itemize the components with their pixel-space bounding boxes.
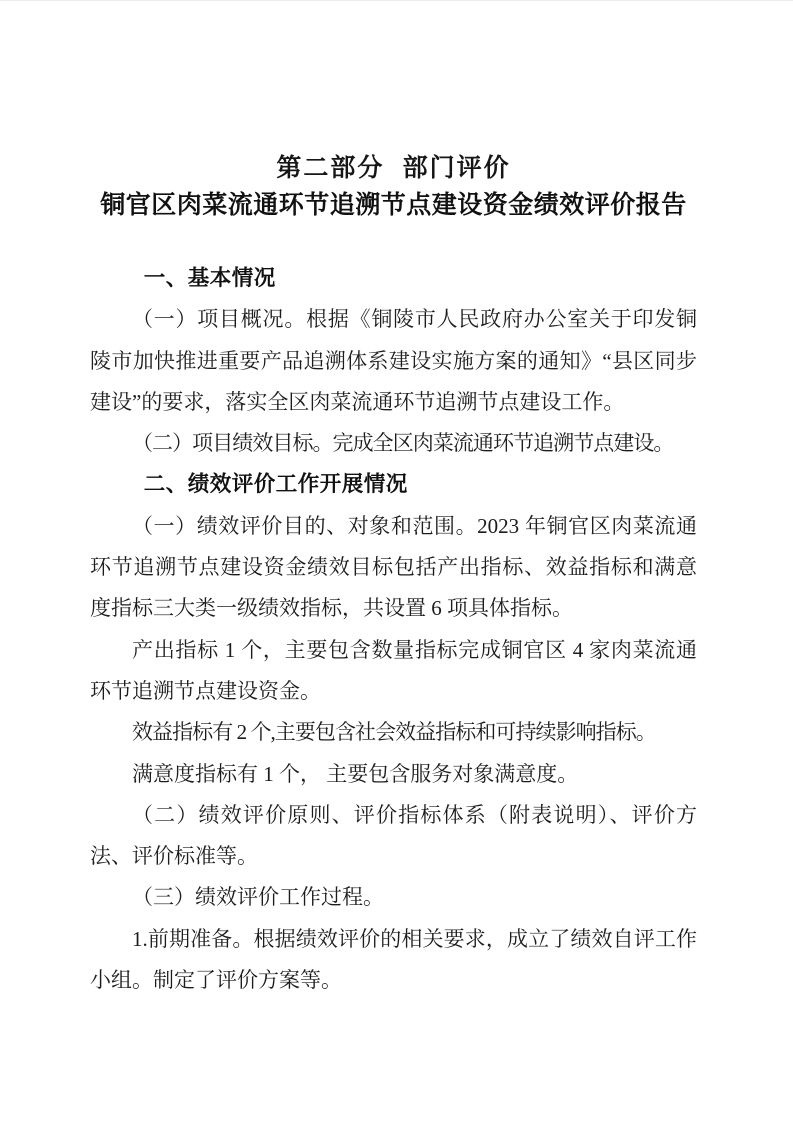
paragraph-satisfaction-indicator: 满意度指标有 1 个， 主要包含服务对象满意度。 bbox=[90, 754, 697, 795]
paragraph-early-preparation: 1.前期准备。根据绩效评价的相关要求，成立了绩效自评工作小组。制定了评价方案等。 bbox=[90, 919, 697, 1002]
paragraph-evaluation-process: （三）绩效评价工作过程。 bbox=[90, 877, 697, 918]
paragraph-evaluation-purpose-scope: （一）绩效评价目的、对象和范围。2023 年铜官区肉菜流通环节追溯节点建设资金绩… bbox=[90, 506, 697, 630]
paragraph-evaluation-principles: （二）绩效评价原则、评价指标体系（附表说明）、评价方法、评价标准等。 bbox=[90, 795, 697, 878]
report-title: 铜官区肉菜流通环节追溯节点建设资金绩效评价报告 bbox=[90, 187, 697, 225]
part-title: 第二部分 部门评价 bbox=[90, 151, 697, 187]
paragraph-project-overview: （一）项目概况。根据《铜陵市人民政府办公室关于印发铜陵市加快推进重要产品追溯体系… bbox=[90, 299, 697, 423]
section-heading-basic-situation: 一、基本情况 bbox=[90, 258, 697, 299]
paragraph-project-performance-goal: （二）项目绩效目标。完成全区肉菜流通环节追溯节点建设。 bbox=[90, 423, 697, 464]
paragraph-benefit-indicator: 效益指标有 2 个,主要包含社会效益指标和可持续影响指标。 bbox=[90, 712, 697, 753]
document-content: 第二部分 部门评价 铜官区肉菜流通环节追溯节点建设资金绩效评价报告 一、基本情况… bbox=[90, 151, 697, 1001]
document-body: 一、基本情况 （一）项目概况。根据《铜陵市人民政府办公室关于印发铜陵市加快推进重… bbox=[90, 258, 697, 1001]
paragraph-output-indicator: 产出指标 1 个，主要包含数量指标完成铜官区 4 家肉菜流通环节追溯节点建设资金… bbox=[90, 630, 697, 713]
document-page: 第二部分 部门评价 铜官区肉菜流通环节追溯节点建设资金绩效评价报告 一、基本情况… bbox=[0, 0, 793, 1122]
section-heading-evaluation-work: 二、绩效评价工作开展情况 bbox=[90, 464, 697, 505]
